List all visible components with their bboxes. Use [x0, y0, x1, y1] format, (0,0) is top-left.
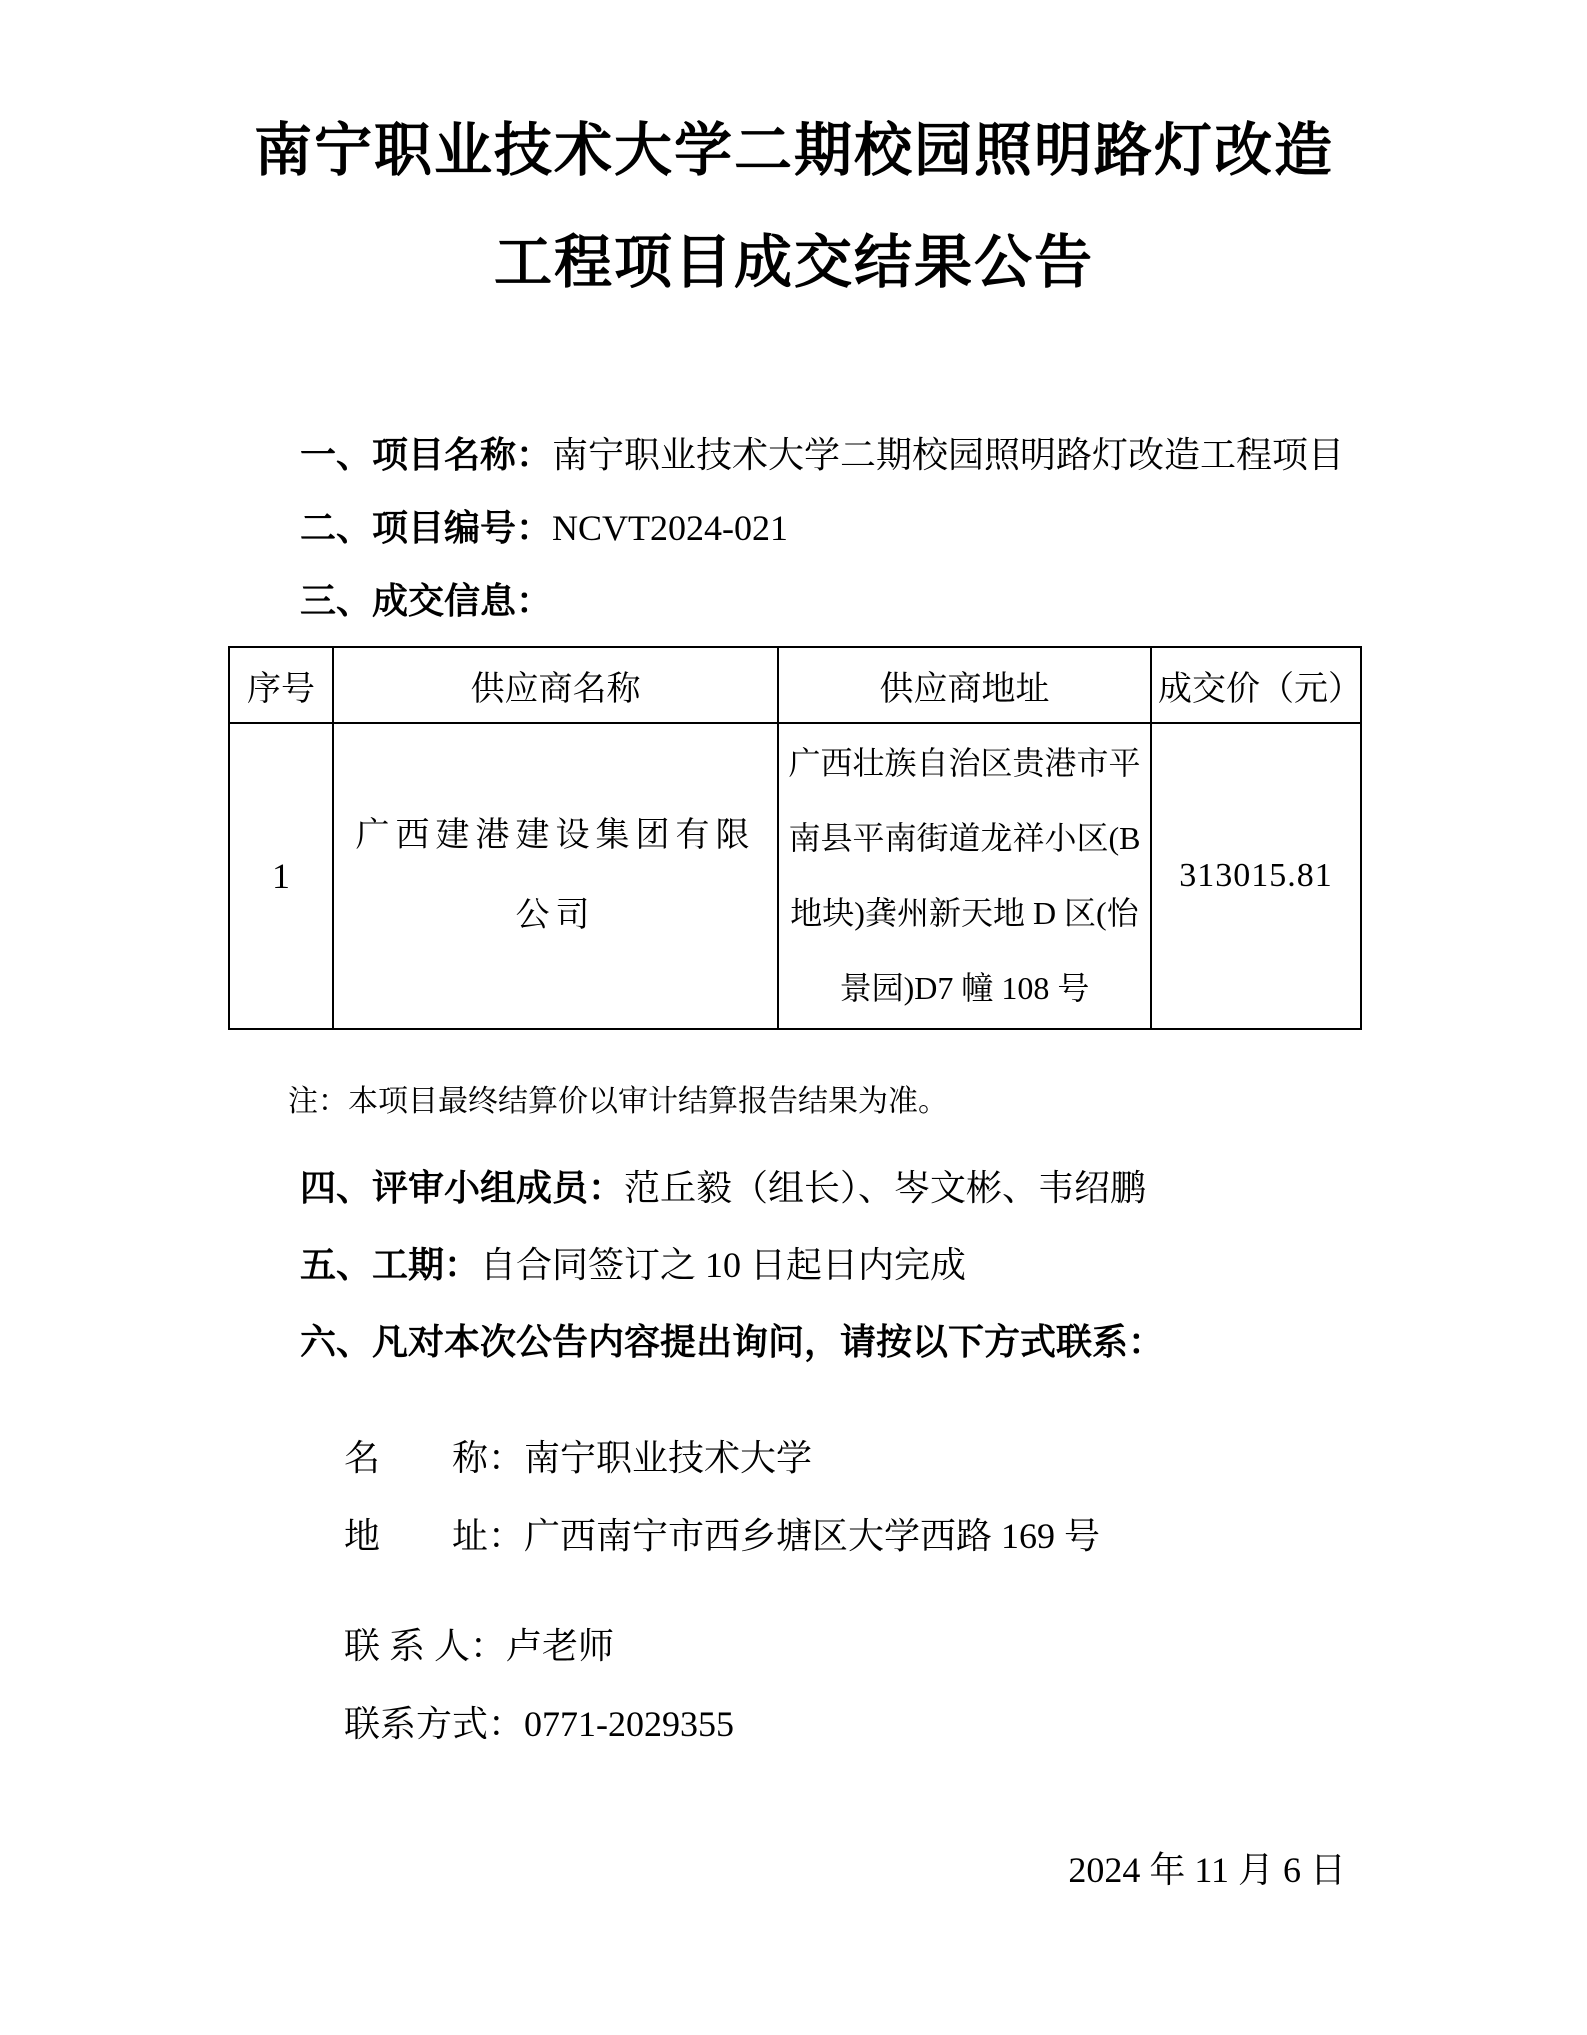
document-date: 2024 年 11 月 6 日 — [228, 1842, 1360, 1893]
header-address: 供应商地址 — [778, 647, 1151, 723]
section-review-panel: 四、评审小组成员：范丘毅（组长）、岑文彬、韦绍鹏 — [228, 1150, 1360, 1227]
section-project-number-label: 二、项目编号： — [300, 508, 552, 548]
contact-name-label: 名 称： — [344, 1438, 524, 1478]
contact-address-value: 广西南宁市西乡塘区大学西路 169 号 — [524, 1516, 1100, 1556]
section-project-name-label: 一、项目名称： — [300, 435, 552, 475]
contact-person: 联 系 人：卢老师 — [228, 1607, 1360, 1685]
section-inquiry: 六、凡对本次公告内容提出询问，请按以下方式联系： — [228, 1304, 1360, 1381]
contact-name: 名 称：南宁职业技术大学 — [228, 1419, 1360, 1497]
cell-address: 广西壮族自治区贵港市平南县平南街道龙祥小区(B地块)龚州新天地 D 区(怡景园)… — [778, 723, 1151, 1029]
header-seq: 序号 — [229, 647, 333, 723]
page-title-line1: 南宁职业技术大学二期校园照明路灯改造 — [228, 95, 1360, 207]
section-project-number: 二、项目编号：NCVT2024-021 — [228, 492, 1360, 565]
page-title: 南宁职业技术大学二期校园照明路灯改造 工程项目成交结果公告 — [228, 95, 1360, 319]
section-project-name: 一、项目名称：南宁职业技术大学二期校园照明路灯改造工程项目 — [228, 419, 1360, 492]
sections-bottom: 四、评审小组成员：范丘毅（组长）、岑文彬、韦绍鹏 五、工期：自合同签订之 10 … — [228, 1150, 1360, 1381]
settlement-note: 注：本项目最终结算价以审计结算报告结果为准。 — [228, 1082, 1360, 1122]
table-header-row: 序号 供应商名称 供应商地址 成交价（元） — [229, 647, 1361, 723]
table-row: 1 广西建港建设集团有限公司 广西壮族自治区贵港市平南县平南街道龙祥小区(B地块… — [229, 723, 1361, 1029]
header-price: 成交价（元） — [1151, 647, 1361, 723]
contact-block: 名 称：南宁职业技术大学 地 址：广西南宁市西乡塘区大学西路 169 号 联 系… — [228, 1419, 1360, 1763]
section-project-name-value: 南宁职业技术大学二期校园照明路灯改造工程项目 — [552, 435, 1344, 475]
header-supplier: 供应商名称 — [333, 647, 778, 723]
sections-top: 一、项目名称：南宁职业技术大学二期校园照明路灯改造工程项目 二、项目编号：NCV… — [228, 419, 1360, 638]
contact-phone: 联系方式：0771-2029355 — [228, 1685, 1360, 1763]
deal-result-table: 序号 供应商名称 供应商地址 成交价（元） 1 广西建港建设集团有限公司 广西壮… — [228, 646, 1362, 1030]
contact-address-label: 地 址： — [344, 1516, 524, 1556]
section-review-panel-label: 四、评审小组成员： — [300, 1168, 624, 1208]
document-content: 南宁职业技术大学二期校园照明路灯改造 工程项目成交结果公告 一、项目名称：南宁职… — [228, 0, 1360, 1763]
section-duration-label: 五、工期： — [300, 1245, 480, 1285]
section-project-number-value: NCVT2024-021 — [552, 508, 788, 548]
contact-phone-value: 0771-2029355 — [524, 1704, 734, 1744]
contact-phone-label: 联系方式： — [344, 1704, 524, 1744]
cell-price: 313015.81 — [1151, 723, 1361, 1029]
announcement-page: 南宁职业技术大学二期校园照明路灯改造 工程项目成交结果公告 一、项目名称：南宁职… — [0, 0, 1587, 2035]
section-deal-info: 三、成交信息： — [228, 565, 1360, 638]
section-deal-info-label: 三、成交信息： — [300, 581, 552, 621]
contact-name-value: 南宁职业技术大学 — [524, 1438, 812, 1478]
cell-seq: 1 — [229, 723, 333, 1029]
section-review-panel-value: 范丘毅（组长）、岑文彬、韦绍鹏 — [624, 1168, 1146, 1208]
contact-person-value: 卢老师 — [506, 1626, 614, 1666]
section-duration-value: 自合同签订之 10 日起日内完成 — [480, 1245, 966, 1285]
contact-person-label: 联 系 人： — [344, 1626, 506, 1666]
page-title-line2: 工程项目成交结果公告 — [228, 207, 1360, 319]
cell-supplier: 广西建港建设集团有限公司 — [333, 723, 778, 1029]
contact-address: 地 址：广西南宁市西乡塘区大学西路 169 号 — [228, 1497, 1360, 1575]
section-duration: 五、工期：自合同签订之 10 日起日内完成 — [228, 1227, 1360, 1304]
